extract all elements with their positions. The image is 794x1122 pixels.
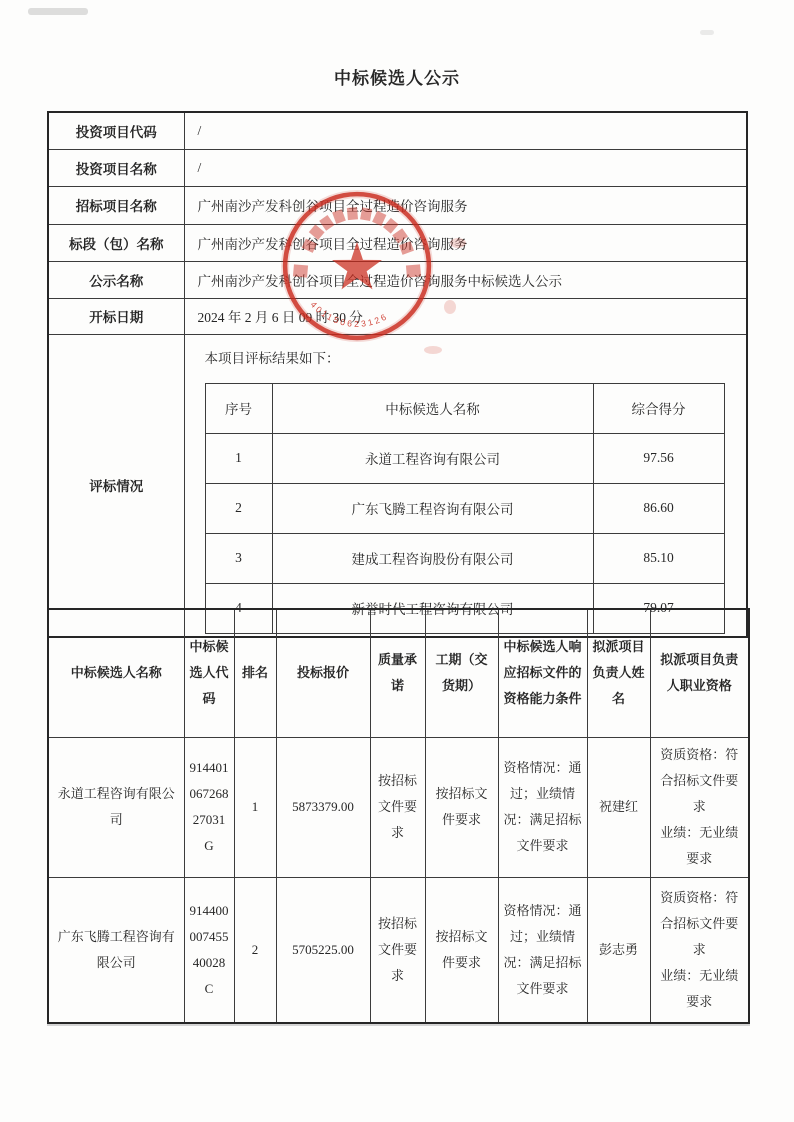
table-row: 开标日期 2024 年 2 月 6 日 09 时 30 分 — [48, 298, 747, 334]
table-row: 标段（包）名称 广州南沙产发科创谷项目全过程造价咨询服务 — [48, 224, 747, 261]
candidate-duration: 按招标文件要求 — [425, 737, 498, 877]
candidate-rank: 1 — [234, 737, 276, 877]
result-name: 广东飞腾工程咨询有限公司 — [272, 483, 593, 533]
result-no: 1 — [205, 433, 272, 483]
info-label: 标段（包）名称 — [48, 224, 184, 261]
candidate-manager: 祝建红 — [587, 737, 650, 877]
candidates-header-price: 投标报价 — [276, 609, 370, 737]
page-title: 中标候选人公示 — [0, 64, 794, 89]
candidates-header-name: 中标候选人名称 — [48, 609, 184, 737]
result-header-no: 序号 — [205, 383, 272, 433]
table-row: 投资项目代码 / — [48, 112, 747, 149]
candidates-header-manager: 拟派项目负责人姓名 — [587, 609, 650, 737]
evaluation-result-table: 序号 中标候选人名称 综合得分 1 永道工程咨询有限公司 97.56 2 — [205, 383, 725, 634]
candidates-header-duration: 工期（交货期） — [425, 609, 498, 737]
candidate-price: 5705225.00 — [276, 877, 370, 1023]
info-label: 招标项目名称 — [48, 186, 184, 224]
result-no: 3 — [205, 533, 272, 583]
candidate-rank: 2 — [234, 877, 276, 1023]
table-header-row: 中标候选人名称 中标候选人代码 排名 投标报价 质量承诺 工期（交货期） 中标候… — [48, 609, 749, 737]
evaluation-label: 评标情况 — [48, 334, 184, 637]
candidate-manager-qualification: 资质资格：符合招标文件要求 业绩：无业绩要求 — [650, 737, 749, 877]
scan-artifact — [700, 30, 714, 35]
candidate-quality: 按招标文件要求 — [370, 737, 425, 877]
table-row: 广东飞腾工程咨询有限公司 91440000745540028C 2 570522… — [48, 877, 749, 1023]
candidates-header-code: 中标候选人代码 — [184, 609, 234, 737]
table-row: 3 建成工程咨询股份有限公司 85.10 — [205, 533, 724, 583]
table-row: 1 永道工程咨询有限公司 97.56 — [205, 433, 724, 483]
info-value: / — [184, 112, 747, 149]
info-label: 公示名称 — [48, 261, 184, 298]
evaluation-cell: 本项目评标结果如下： 序号 中标候选人名称 综合得分 1 — [184, 334, 747, 637]
candidates-table: 中标候选人名称 中标候选人代码 排名 投标报价 质量承诺 工期（交货期） 中标候… — [47, 608, 750, 1024]
table-header-row: 序号 中标候选人名称 综合得分 — [205, 383, 724, 433]
result-score: 97.56 — [593, 433, 724, 483]
candidate-duration: 按招标文件要求 — [425, 877, 498, 1023]
seal-smudge — [450, 238, 466, 248]
evaluation-intro: 本项目评标结果如下： — [205, 347, 743, 367]
candidate-code: 91440106726827031G — [184, 737, 234, 877]
info-value: 广州南沙产发科创谷项目全过程造价咨询服务 — [184, 186, 747, 224]
table-row: 公示名称 广州南沙产发科创谷项目全过程造价咨询服务中标候选人公示 — [48, 261, 747, 298]
result-name: 建成工程咨询股份有限公司 — [272, 533, 593, 583]
candidate-qualification: 资格情况：通过；业绩情况：满足招标文件要求 — [498, 877, 587, 1023]
candidate-manager: 彭志勇 — [587, 877, 650, 1023]
candidate-name: 永道工程咨询有限公司 — [48, 737, 184, 877]
result-no: 2 — [205, 483, 272, 533]
result-name: 永道工程咨询有限公司 — [272, 433, 593, 483]
info-value: / — [184, 149, 747, 186]
candidate-qualification: 资格情况：通过；业绩情况：满足招标文件要求 — [498, 737, 587, 877]
candidates-header-rank: 排名 — [234, 609, 276, 737]
result-header-score: 综合得分 — [593, 383, 724, 433]
project-info-table: 投资项目代码 / 投资项目名称 / 招标项目名称 广州南沙产发科创谷项目全过程造… — [47, 111, 748, 638]
info-value: 2024 年 2 月 6 日 09 时 30 分 — [184, 298, 747, 334]
document-page: 中标候选人公示 投资项目代码 / 投资项目名称 / 招标项目名称 广州南沙产发科… — [0, 0, 794, 1122]
result-header-name: 中标候选人名称 — [272, 383, 593, 433]
candidates-header-manager-qualification: 拟派项目负责人职业资格 — [650, 609, 749, 737]
candidate-code: 91440000745540028C — [184, 877, 234, 1023]
result-score: 86.60 — [593, 483, 724, 533]
info-label: 开标日期 — [48, 298, 184, 334]
info-label: 投资项目名称 — [48, 149, 184, 186]
info-value: 广州南沙产发科创谷项目全过程造价咨询服务中标候选人公示 — [184, 261, 747, 298]
candidates-header-qualification: 中标候选人响应招标文件的资格能力条件 — [498, 609, 587, 737]
candidate-quality: 按招标文件要求 — [370, 877, 425, 1023]
candidate-manager-qualification: 资质资格：符合招标文件要求 业绩：无业绩要求 — [650, 877, 749, 1023]
scan-artifact — [28, 8, 88, 15]
table-row: 招标项目名称 广州南沙产发科创谷项目全过程造价咨询服务 — [48, 186, 747, 224]
seal-smudge — [444, 300, 456, 314]
candidates-header-quality: 质量承诺 — [370, 609, 425, 737]
table-row: 2 广东飞腾工程咨询有限公司 86.60 — [205, 483, 724, 533]
info-label: 投资项目代码 — [48, 112, 184, 149]
table-row: 投资项目名称 / — [48, 149, 747, 186]
candidate-price: 5873379.00 — [276, 737, 370, 877]
table-row: 评标情况 本项目评标结果如下： 序号 中标候选人名称 综合得分 — [48, 334, 747, 637]
candidate-name: 广东飞腾工程咨询有限公司 — [48, 877, 184, 1023]
result-score: 85.10 — [593, 533, 724, 583]
seal-smudge — [424, 346, 442, 354]
table-row: 永道工程咨询有限公司 91440106726827031G 1 5873379.… — [48, 737, 749, 877]
